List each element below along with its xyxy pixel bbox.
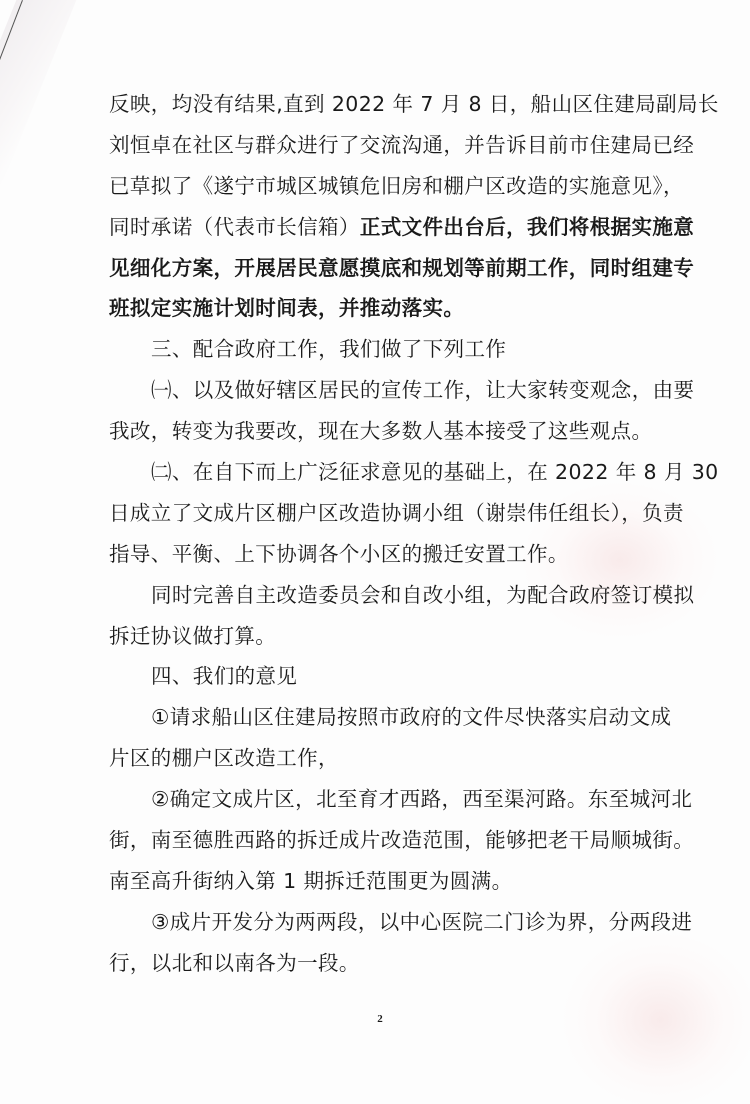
paragraph-line: 日成立了文成片区棚户区改造协调小组（谢崇伟任组长），负责	[109, 493, 664, 534]
list-item: ①请求船山区住建局按照市政府的文件尽快落实启动文成	[109, 697, 664, 738]
paragraph-line: 南至高升街纳入第 1 期拆迁范围更为圆满。	[109, 861, 664, 902]
paragraph-line: 行，以北和以南各为一段。	[109, 943, 664, 984]
document-body: 反映，均没有结果,直到 2022 年 7 月 8 日，船山区住建局副局长 刘恒卓…	[109, 84, 664, 984]
section-heading: 四、我们的意见	[109, 656, 664, 697]
paragraph-line: 我改，转变为我要改，现在大多数人基本接受了这些观点。	[109, 411, 664, 452]
section-heading: 三、配合政府工作，我们做了下列工作	[109, 329, 664, 370]
list-item: ㈠、以及做好辖区居民的宣传工作，让大家转变观念，由要	[109, 370, 664, 411]
paragraph-line: 班拟定实施计划时间表，并推动落实。	[109, 288, 664, 329]
page-number: 2	[370, 1013, 390, 1025]
paragraph-line: 同时承诺（代表市长信箱）正式文件出台后，我们将根据实施意	[109, 207, 664, 248]
text-segment: 同时承诺（代表市长信箱）	[109, 215, 360, 239]
paragraph-line: 反映，均没有结果,直到 2022 年 7 月 8 日，船山区住建局副局长	[109, 84, 664, 125]
paragraph-line: 见细化方案，开展居民意愿摸底和规划等前期工作，同时组建专	[109, 248, 664, 289]
list-item: ②确定文成片区，北至育才西路，西至渠河路。东至城河北	[109, 779, 664, 820]
paragraph-line: 刘恒卓在社区与群众进行了交流沟通，并告诉目前市住建局已经	[109, 125, 664, 166]
list-item: ㈡、在自下而上广泛征求意见的基础上，在 2022 年 8 月 30	[109, 452, 664, 493]
paragraph-line: 街，南至德胜西路的拆迁成片改造范围，能够把老干局顺城街。	[109, 820, 664, 861]
paragraph-line: 拆迁协议做打算。	[109, 616, 664, 657]
list-item: ③成片开发分为两两段，以中心医院二门诊为界，分两段进	[109, 902, 664, 943]
paragraph-line: 指导、平衡、上下协调各个小区的搬迁安置工作。	[109, 534, 664, 575]
paragraph-line: 片区的棚户区改造工作，	[109, 738, 664, 779]
bold-text-segment: 正式文件出台后，我们将根据实施意	[360, 215, 694, 239]
paragraph-line: 已草拟了《遂宁市城区城镇危旧房和棚户区改造的实施意见》，	[109, 166, 664, 207]
paragraph-line: 同时完善自主改造委员会和自改小组，为配合政府签订模拟	[109, 575, 664, 616]
